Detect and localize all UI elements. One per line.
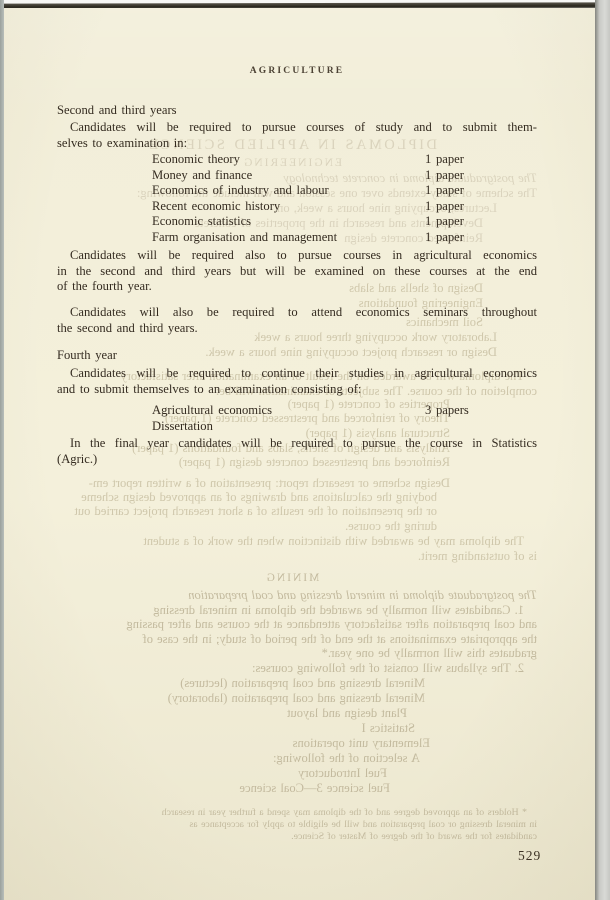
subject-label: Economics of industry and labour: [152, 183, 425, 199]
paragraph-line: of the fourth year.: [57, 279, 537, 295]
bleedthrough-line: in mineral dressing or coal preparation …: [189, 818, 537, 832]
subject-row: Dissertation: [57, 419, 537, 435]
bleedthrough-line: or the presentation of the results of a …: [74, 504, 437, 518]
bleedthrough-line: during the course.: [345, 519, 437, 533]
paragraph-statistics-course: In the final year candidates will be req…: [57, 436, 537, 467]
subject-row: Farm organisation and management 1 paper: [57, 230, 537, 246]
paragraph-line: in the second and third years but will b…: [57, 264, 537, 280]
subject-row: Economic theory 1 paper: [57, 152, 537, 168]
fourth-year-exam-list: Agricultural economics 3 papers Disserta…: [57, 403, 537, 434]
paragraph-line: Candidates will also be required to atte…: [57, 305, 537, 321]
bleedthrough-line: candidates for the award of the degree o…: [291, 830, 537, 844]
subject-label: Farm organisation and management: [152, 230, 425, 246]
subject-label: Economic statistics: [152, 214, 425, 230]
running-header: AGRICULTURE: [57, 66, 537, 76]
subject-row: Recent economic history 1 paper: [57, 199, 537, 215]
book-page: DIPLOMAS IN APPLIED SCIENCEENGINEERINGTh…: [4, 8, 595, 900]
paragraph-line: Candidates will be required also to purs…: [57, 248, 537, 264]
bleedthrough-line: Fuel Introductory: [298, 766, 387, 780]
paragraph-line: Candidates will be required to pursue co…: [57, 120, 537, 136]
bleedthrough-line: Mineral dressing and coal preparation (l…: [168, 691, 425, 705]
bleedthrough-line: Statistics I: [362, 721, 415, 735]
bleedthrough-line: Mineral dressing and coal preparation (l…: [180, 676, 425, 690]
bleedthrough-line: is of outstanding merit.: [418, 549, 537, 563]
bleedthrough-line: * Holders of an approved degree and of t…: [162, 806, 527, 820]
papers-count: 1 paper: [425, 199, 464, 215]
bleedthrough-line: A selection of the following:: [273, 751, 420, 765]
subject-row: Economics of industry and labour 1 paper: [57, 183, 537, 199]
paragraph-line: In the final year candidates will be req…: [57, 436, 537, 452]
papers-count: 1 paper: [425, 214, 464, 230]
paragraph-line: selves to examination in:: [57, 136, 537, 152]
bleedthrough-line: Design scheme or research report: presen…: [89, 476, 450, 490]
bleedthrough-line: graduates this will normally be one year…: [322, 646, 537, 660]
section-heading-second-third-years: Second and third years: [57, 103, 537, 119]
bleedthrough-line: 2. The syllabus will consist of the foll…: [252, 661, 524, 675]
bleedthrough-line: bodying the calculations and drawings of…: [81, 490, 437, 504]
subject-row: Economic statistics 1 paper: [57, 214, 537, 230]
subject-row: Agricultural economics 3 papers: [57, 403, 537, 419]
papers-count: 3 papers: [425, 403, 469, 419]
section-heading-fourth-year: Fourth year: [57, 348, 537, 364]
exam-subjects-list: Economic theory 1 paper Money and financ…: [57, 152, 537, 245]
page-number: 529: [518, 848, 541, 864]
paragraph-economics-seminars: Candidates will also be required to atte…: [57, 305, 537, 336]
subject-label: Economic theory: [152, 152, 425, 168]
bleedthrough-line: Plant design and layout: [287, 706, 407, 720]
bleedthrough-line: the appropriate examinations at the end …: [143, 632, 537, 646]
paragraph-examination-intro: Candidates will be required to pursue co…: [57, 120, 537, 151]
scanned-page: DIPLOMAS IN APPLIED SCIENCEENGINEERINGTh…: [0, 0, 610, 900]
subject-row: Money and finance 1 paper: [57, 168, 537, 184]
subject-label: Recent economic history: [152, 199, 425, 215]
bleedthrough-line: The diploma may be awarded with distinct…: [143, 534, 524, 548]
bleedthrough-line: Fuel science 3—Coal science: [239, 781, 390, 795]
papers-count: 1 paper: [425, 152, 464, 168]
paragraph-agricultural-economics-courses: Candidates will be required also to purs…: [57, 248, 537, 295]
papers-count: 1 paper: [425, 168, 464, 184]
papers-count: 1 paper: [425, 230, 464, 246]
bleedthrough-line: 1. Candidates will normally be awarded t…: [153, 603, 524, 617]
paragraph-line: Candidates will be required to continue …: [57, 366, 537, 382]
subject-label: Agricultural economics: [152, 403, 425, 419]
bleedthrough-line: and coal preparation after satisfactory …: [127, 617, 537, 631]
bleedthrough-line: The postgraduate diploma in mineral dres…: [188, 588, 537, 602]
paragraph-fourth-year-intro: Candidates will be required to continue …: [57, 366, 537, 397]
paragraph-line: and to submit themselves to an examinati…: [57, 382, 537, 398]
paragraph-line: the second and third years.: [57, 321, 537, 337]
paragraph-line: (Agric.): [57, 452, 537, 468]
subject-label: Money and finance: [152, 168, 425, 184]
subject-label: Dissertation: [152, 419, 425, 435]
bleedthrough-line: MINING: [47, 571, 537, 585]
papers-count: 1 paper: [425, 183, 464, 199]
bleedthrough-line: Elementary unit operations: [293, 736, 430, 750]
scan-right-edge: [595, 0, 610, 900]
